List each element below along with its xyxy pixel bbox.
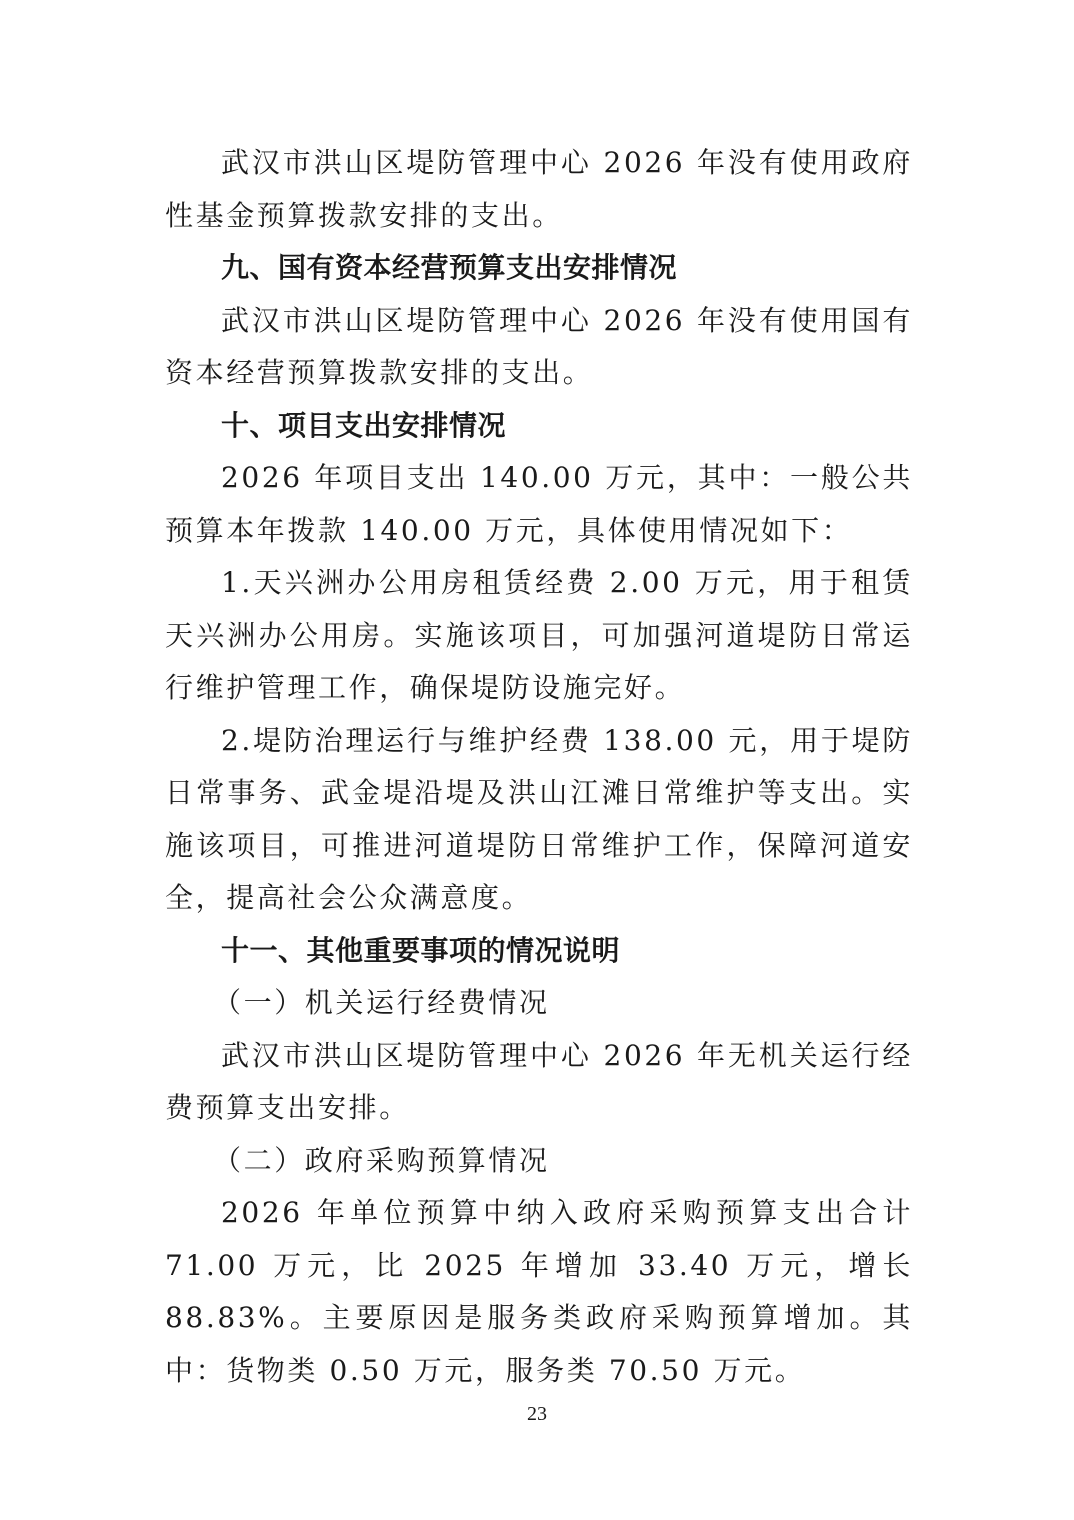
section-heading-11: 十一、其他重要事项的情况说明 bbox=[165, 925, 913, 978]
paragraph-operating-expenses: 武汉市洪山区堤防管理中心 2026 年无机关运行经费预算支出安排。 bbox=[165, 1030, 913, 1135]
paragraph-government-fund-budget: 武汉市洪山区堤防管理中心 2026 年没有使用政府性基金预算拨款安排的支出。 bbox=[165, 137, 913, 242]
section-heading-10: 十、项目支出安排情况 bbox=[165, 400, 913, 453]
subsection-heading-1: （一）机关运行经费情况 bbox=[165, 977, 913, 1030]
paragraph-project-item-2: 2.堤防治理运行与维护经费 138.00 元，用于堤防日常事务、武金堤沿堤及洪山… bbox=[165, 715, 913, 925]
page-number: 23 bbox=[0, 1403, 1074, 1426]
paragraph-project-item-1: 1.天兴洲办公用房租赁经费 2.00 万元，用于租赁天兴洲办公用房。实施该项目，… bbox=[165, 557, 913, 715]
paragraph-procurement-budget: 2026 年单位预算中纳入政府采购预算支出合计 71.00 万元，比 2025 … bbox=[165, 1187, 913, 1397]
document-page: 武汉市洪山区堤防管理中心 2026 年没有使用政府性基金预算拨款安排的支出。 九… bbox=[165, 137, 913, 1397]
paragraph-project-expenditure-summary: 2026 年项目支出 140.00 万元，其中：一般公共预算本年拨款 140.0… bbox=[165, 452, 913, 557]
paragraph-state-capital-budget: 武汉市洪山区堤防管理中心 2026 年没有使用国有资本经营预算拨款安排的支出。 bbox=[165, 295, 913, 400]
subsection-heading-2: （二）政府采购预算情况 bbox=[165, 1135, 913, 1188]
section-heading-9: 九、国有资本经营预算支出安排情况 bbox=[165, 242, 913, 295]
